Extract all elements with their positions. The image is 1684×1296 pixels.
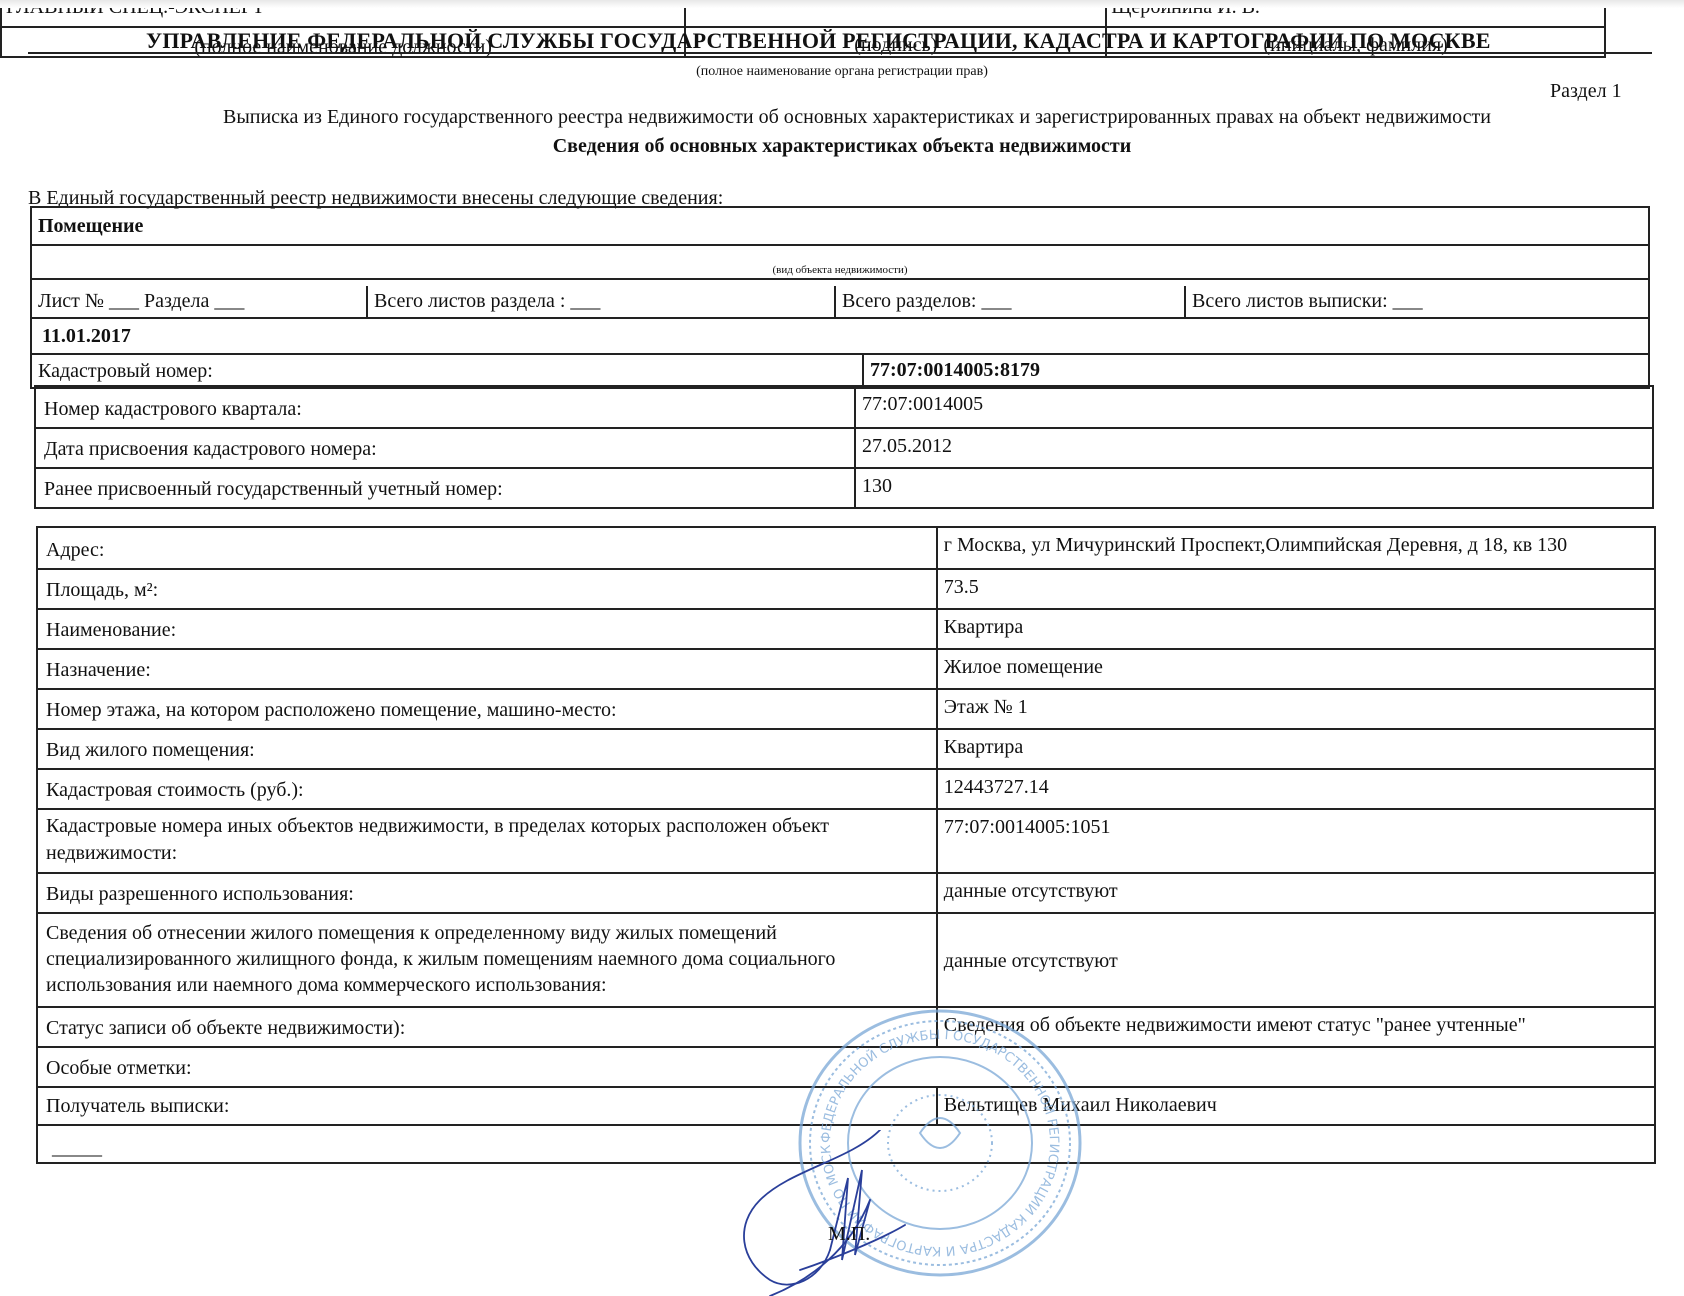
table-row: Дата присвоения кадастрового номера: 27.…	[36, 427, 1652, 467]
organization-title: УПРАВЛЕНИЕ ФЕДЕРАЛЬНОЙ СЛУЖБЫ ГОСУДАРСТВ…	[146, 28, 1536, 54]
row-label: Особые отметки:	[38, 1048, 1654, 1086]
object-type-caption: (вид объекта недвижимости)	[32, 260, 1648, 278]
row-label: Площадь, м²:	[38, 570, 936, 608]
row-label: Номер кадастрового квартала:	[36, 387, 854, 427]
row-value: Сведения об объекте недвижимости имеют с…	[936, 1008, 1654, 1046]
cadastral-number-value: 77:07:0014005:8179	[862, 355, 1648, 387]
total-extract-sheets: Всего листов выписки: ___	[1184, 286, 1648, 317]
row-value: данные отсутствуют	[936, 874, 1654, 912]
table-row: Сведения об отнесении жилого помещения к…	[38, 912, 1654, 1006]
cadastral-number-label: Кадастровый номер:	[32, 355, 862, 387]
cadastral-quarter-table: Номер кадастрового квартала: 77:07:00140…	[34, 385, 1654, 509]
extract-date: 11.01.2017	[32, 321, 1648, 352]
row-label: Статус записи об объекте недвижимости):	[38, 1008, 936, 1046]
row-label: Назначение:	[38, 650, 936, 688]
row-value: Квартира	[936, 730, 1654, 768]
seal-mark-label: М.П.	[828, 1223, 870, 1246]
row-value: 77:07:0014005:1051	[936, 810, 1654, 872]
total-sections: Всего разделов: ___	[834, 286, 1184, 317]
table-row: Адрес: г Москва, ул Мичуринский Проспект…	[38, 528, 1654, 568]
table-row: Номер кадастрового квартала: 77:07:00140…	[36, 387, 1652, 427]
section-label: Раздел 1	[1550, 80, 1622, 103]
row-label: Дата присвоения кадастрового номера:	[36, 429, 854, 467]
row-value: Квартира	[936, 610, 1654, 648]
blank-row-mark: _____	[38, 1126, 1654, 1162]
total-section-sheets: Всего листов раздела : ___	[366, 286, 834, 317]
extract-title: Выписка из Единого государственного реес…	[0, 106, 1684, 129]
row-label: Кадастровые номера иных объектов недвижи…	[38, 810, 936, 872]
row-label: Вид жилого помещения:	[38, 730, 936, 768]
date-row: 11.01.2017	[32, 317, 1648, 353]
row-value: 27.05.2012	[854, 429, 1652, 467]
sheets-row: Лист № ___ Раздела ___ Всего листов разд…	[32, 278, 1648, 317]
table-row: Вид жилого помещения: Квартира	[38, 728, 1654, 768]
table-row: Номер этажа, на котором расположено поме…	[38, 688, 1654, 728]
table-row: Статус записи об объекте недвижимости): …	[38, 1006, 1654, 1046]
object-header-table: Помещение (вид объекта недвижимости) Лис…	[30, 206, 1650, 389]
row-label: Сведения об отнесении жилого помещения к…	[38, 914, 936, 1006]
table-row: Ранее присвоенный государственный учетны…	[36, 467, 1652, 507]
row-value: Вельтищев Михаил Николаевич	[936, 1088, 1654, 1124]
row-label: Получатель выписки:	[38, 1088, 936, 1124]
cadastral-number-row: Кадастровый номер: 77:07:0014005:8179	[32, 353, 1648, 387]
object-type-caption-row: (вид объекта недвижимости)	[32, 244, 1648, 278]
table-row: Особые отметки:	[38, 1046, 1654, 1086]
row-label: Виды разрешенного использования:	[38, 874, 936, 912]
row-value: 77:07:0014005	[854, 387, 1652, 427]
row-value: Этаж № 1	[936, 690, 1654, 728]
characteristics-table: Адрес: г Москва, ул Мичуринский Проспект…	[36, 526, 1656, 1164]
scan-edge	[0, 0, 1684, 8]
table-row: Кадастровая стоимость (руб.): 12443727.1…	[38, 768, 1654, 808]
table-row: Площадь, м²: 73.5	[38, 568, 1654, 608]
table-row-blank: _____	[38, 1124, 1654, 1162]
table-row: Наименование: Квартира	[38, 608, 1654, 648]
sheet-number: Лист № ___ Раздела ___	[32, 286, 366, 317]
row-label: Ранее присвоенный государственный учетны…	[36, 469, 854, 507]
organization-underline	[28, 52, 1652, 54]
row-value: 130	[854, 469, 1652, 507]
row-value: Жилое помещение	[936, 650, 1654, 688]
object-type-row: Помещение	[32, 208, 1648, 244]
table-row: Назначение: Жилое помещение	[38, 648, 1654, 688]
organization-caption: (полное наименование органа регистрации …	[0, 64, 1684, 80]
row-value: г Москва, ул Мичуринский Проспект,Олимпи…	[936, 528, 1654, 568]
row-label: Адрес:	[38, 528, 936, 568]
table-row: Кадастровые номера иных объектов недвижи…	[38, 808, 1654, 872]
row-label: Номер этажа, на котором расположено поме…	[38, 690, 936, 728]
table-row: Виды разрешенного использования: данные …	[38, 872, 1654, 912]
object-type: Помещение	[32, 211, 1648, 242]
row-label: Наименование:	[38, 610, 936, 648]
table-row: Получатель выписки: Вельтищев Михаил Ник…	[38, 1086, 1654, 1124]
row-value: 73.5	[936, 570, 1654, 608]
row-label: Кадастровая стоимость (руб.):	[38, 770, 936, 808]
row-value: 12443727.14	[936, 770, 1654, 808]
organization-caption-text: (полное наименование органа регистрации …	[696, 64, 988, 79]
row-value: данные отсутствуют	[936, 914, 1654, 1006]
extract-subtitle: Сведения об основных характеристиках объ…	[0, 135, 1684, 158]
